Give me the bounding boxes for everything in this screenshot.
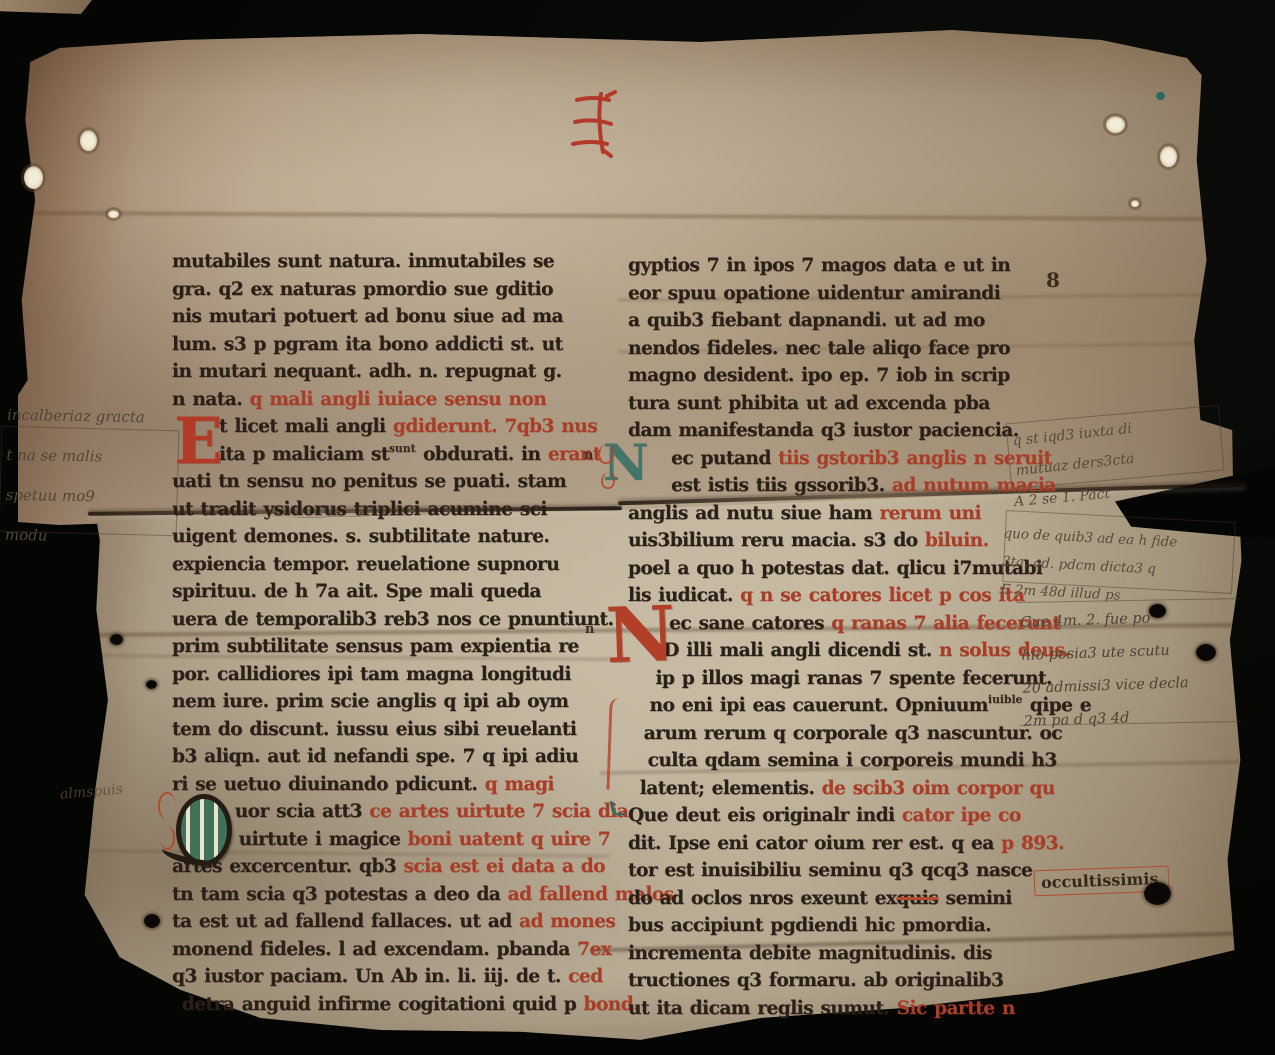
- manuscript-line: eor spuu opatione uidentur amirandi: [628, 280, 1049, 308]
- manuscript-line: anglis ad nutu siue ham rerum uni: [628, 500, 1049, 528]
- manuscript-line: monend fideles. l ad excendam. pbanda 7e…: [172, 936, 619, 964]
- text-segment: a quib3 fiebant dapnandi. ut ad mo: [628, 309, 985, 331]
- text-segment: rerum uni: [879, 502, 981, 524]
- text-segment: ec sane catores: [669, 612, 831, 634]
- manuscript-line: uis3bilium reru macia. s3 do biluin.: [628, 527, 1049, 555]
- text-segment: p 893.: [1001, 832, 1064, 854]
- margin-note-right-seam: quo de quib3 ad ea h fide3ta. qd. pdcm d…: [1000, 520, 1178, 613]
- red-margin-swirl: [598, 444, 614, 464]
- text-segment: gdiderunt. 7qb3 nus: [393, 415, 597, 437]
- text-segment: prim subtilitate sensus pam expientia re: [172, 635, 579, 657]
- parchment-hole: [1160, 146, 1177, 167]
- manuscript-line: culta qdam semina i corporeis mundi h3: [628, 747, 1049, 775]
- text-segment: nis mutari potuert ad bonu siue ad ma: [172, 305, 563, 327]
- manuscript-line: q3 iustor paciam. Un Ab in. li. iij. de …: [172, 963, 619, 991]
- crease-line: [28, 211, 1208, 221]
- text-segment: ce artes uirtute 7 scia dia: [369, 800, 628, 822]
- text-segment: gyptios 7 in ipos 7 magos data e ut in: [628, 254, 1010, 276]
- manuscript-line: b3 aliqn. aut id nefandi spe. 7 q ipi ad…: [172, 743, 619, 771]
- text-segment: D illi mali angli dicendi st.: [663, 639, 939, 661]
- manuscript-line: latent; elementis. de scib3 oim corpor q…: [628, 775, 1049, 803]
- red-penwork-flourish: [158, 792, 176, 820]
- text-segment: nem iure. prim scie anglis q ipi ab oym: [172, 690, 568, 712]
- folio-number: 8: [1046, 268, 1060, 292]
- text-segment: scia est ei data a do: [404, 855, 605, 877]
- text-segment: est istis tiis gssorib3.: [671, 474, 892, 496]
- red-margin-bracket: [606, 698, 624, 790]
- margin-note-line: spetuu mo9: [5, 475, 143, 517]
- text-segment: Que deut eis originalr indi: [628, 804, 902, 826]
- manuscript-line: no eni ipi eas cauerunt. Opniuumiuible q…: [628, 692, 1049, 720]
- text-segment: uor scia att3: [235, 800, 370, 822]
- manuscript-line: por. callidiores ipi tam magna longitudi: [172, 661, 619, 689]
- manuscript-line: in mutari nequant. adh. n. repugnat g.: [172, 358, 619, 386]
- manuscript-line: t licet mali angli gdiderunt. 7qb3 nus: [172, 413, 619, 441]
- text-segment: mutabiles sunt natura. inmutabiles se: [172, 250, 554, 272]
- manuscript-line: ec putand tiis gstorib3 anglis n seruit: [628, 445, 1049, 473]
- text-segment: incrementa debite magnitudinis. dis: [628, 942, 992, 964]
- manuscript-line: uigent demones. s. subtilitate nature.: [172, 523, 619, 551]
- manuscript-line: ri se uetuo diuinando pdicunt. q magi: [172, 771, 619, 799]
- text-segment: sunt: [389, 442, 416, 455]
- text-segment: cator ipe co: [902, 804, 1021, 826]
- text-segment: 7ex: [577, 938, 611, 960]
- red-margin-swirl: [601, 472, 615, 489]
- manuscript-line: uirtute i magice boni uatent q uire 7: [172, 826, 619, 854]
- parchment-hole: [1149, 604, 1166, 618]
- text-segment: tn tam scia q3 potestas a deo da: [172, 883, 508, 905]
- manuscript-line: nem iure. prim scie anglis q ipi ab oym: [172, 688, 619, 716]
- text-segment: obdurati. in: [416, 443, 548, 465]
- margin-note-line: incalberiaz gracta: [7, 395, 145, 437]
- text-segment: ta est ut ad fallend fallaces. ut ad: [172, 910, 519, 932]
- manuscript-line: gra. q2 ex naturas pmordio sue gditio: [172, 276, 619, 304]
- text-segment: ip p illos magi ranas 7 spente fecerunt.: [655, 667, 1052, 689]
- text-segment: Sic partte n: [897, 997, 1015, 1019]
- text-segment: uati tn sensu no penitus se puati. stam: [172, 470, 566, 492]
- parchment-sliver: [0, 0, 92, 14]
- manuscript-photograph: mutabiles sunt natura. inmutabiles segra…: [0, 0, 1275, 1055]
- text-segment: tura sunt phibita ut ad excenda pba: [628, 392, 990, 414]
- margin-note-line: 20 admissi3 vice decla: [1022, 667, 1189, 706]
- text-segment: detra anguid infirme cogitationi quid p: [182, 993, 584, 1015]
- manuscript-line: tructiones q3 formaru. ab originalib3: [628, 967, 1049, 995]
- manuscript-line: a quib3 fiebant dapnandi. ut ad mo: [628, 307, 1049, 335]
- parchment-hole: [1144, 882, 1171, 905]
- manuscript-line: do ad oclos nros exeunt exquis semini: [628, 885, 1049, 913]
- text-column-right: gyptios 7 in ipos 7 magos data e ut ineo…: [628, 252, 1058, 1022]
- text-segment: tiis gstorib3 anglis n seruit: [778, 447, 1052, 469]
- text-segment: tructiones q3 formaru. ab originalib3: [628, 969, 1003, 991]
- manuscript-line: magno desident. ipo ep. 7 iob in scrip: [628, 362, 1049, 390]
- margin-note-right-top: q st iqd3 iuxta dimutuaz ders3cta: [1011, 414, 1136, 486]
- text-segment: uigent demones. s. subtilitate nature.: [172, 525, 549, 547]
- text-segment: ced: [568, 965, 602, 987]
- manuscript-line: tn tam scia q3 potestas a deo da ad fall…: [172, 881, 619, 909]
- manuscript-line: est istis tiis gssorib3. ad nutum macia: [628, 472, 1049, 500]
- text-segment: ad mones: [519, 910, 615, 932]
- text-segment: q n se catores licet p cos ita: [740, 584, 1024, 606]
- text-segment: t licet mali angli: [219, 415, 393, 437]
- parchment-hole: [108, 210, 119, 218]
- text-segment: uirtute i magice: [239, 828, 408, 850]
- manuscript-line: ip p illos magi ranas 7 spente fecerunt.: [628, 665, 1049, 693]
- text-segment: quis: [896, 887, 938, 909]
- text-segment: eor spuu opatione uidentur amirandi: [628, 282, 1000, 304]
- manuscript-line: ut ita dicam reglis sumut. Sic partte n: [628, 995, 1049, 1023]
- manuscript-line: ec sane catores q ranas 7 alia fecerunt: [628, 610, 1049, 638]
- text-segment: ut tradit ysidorus triplici acumine sci: [172, 498, 547, 520]
- text-segment: b3 aliqn. aut id nefandi spe. 7 q ipi ad…: [172, 745, 578, 767]
- manuscript-line: mutabiles sunt natura. inmutabiles se: [172, 248, 619, 276]
- manuscript-line: nendos fideles. nec tale aliqo face pro: [628, 335, 1049, 363]
- margin-note-line: modu: [5, 515, 143, 557]
- quire-mark-icon: [563, 86, 621, 158]
- text-segment: in mutari nequant. adh. n. repugnat g.: [172, 360, 561, 382]
- parchment-hole: [110, 634, 123, 645]
- parchment-hole: [1106, 116, 1125, 133]
- text-segment: ec putand: [671, 447, 778, 469]
- margin-correction-mark: n: [585, 622, 594, 637]
- text-segment: q magi: [485, 773, 554, 795]
- margin-note-left-top: incalberiaz gractat na se malisspetuu mo…: [5, 395, 146, 557]
- text-segment: latent; elementis.: [640, 777, 822, 799]
- text-segment: dit. Ipse eni cator oium rer est. q ea: [628, 832, 1001, 854]
- text-segment: no eni ipi eas cauerunt. Opniuum: [650, 694, 988, 716]
- manuscript-line: uera de temporalib3 reb3 nos ce pnuntiun…: [172, 606, 619, 634]
- text-segment: uis3bilium reru macia. s3 do: [628, 529, 925, 551]
- text-segment: gra. q2 ex naturas pmordio sue gditio: [172, 278, 553, 300]
- text-segment: biluin.: [925, 529, 989, 551]
- margin-note-line: 2m pa d q3 4d: [1023, 700, 1190, 739]
- manuscript-line: tem do discunt. iussu eius sibi reuelant…: [172, 716, 619, 744]
- text-segment: arum rerum q corporale q3 nascuntur. oc: [644, 722, 1062, 744]
- manuscript-line: prim subtilitate sensus pam expientia re: [172, 633, 619, 661]
- text-segment: bus accipiunt pgdiendi hic pmordia.: [628, 914, 991, 936]
- manuscript-line: nis mutari potuert ad bonu siue ad ma: [172, 303, 619, 331]
- manuscript-line: uor scia att3 ce artes uirtute 7 scia di…: [172, 798, 619, 826]
- manuscript-line: ta est ut ad fallend fallaces. ut ad ad …: [172, 908, 619, 936]
- manuscript-line: arum rerum q corporale q3 nascuntur. oc: [628, 720, 1049, 748]
- manuscript-line: detra anguid infirme cogitationi quid p …: [172, 991, 619, 1019]
- text-segment: dam manifestanda q3 iustor paciencia.: [628, 419, 1019, 441]
- manuscript-line: artes excercentur. qb3 scia est ei data …: [172, 853, 619, 881]
- teal-speck: [1156, 92, 1165, 100]
- parchment-hole: [144, 914, 160, 928]
- text-segment: spirituu. de h 7a ait. Spe mali queda: [172, 580, 541, 602]
- text-segment: boni uatent q uire 7: [408, 828, 611, 850]
- manuscript-line: ita p maliciam stsunt obdurati. in erant: [172, 441, 619, 469]
- manuscript-line: D illi mali angli dicendi st. n solus de…: [628, 637, 1049, 665]
- text-segment: ut ita dicam reglis sumut.: [628, 997, 897, 1019]
- manuscript-line: ut tradit ysidorus triplici acumine sci: [172, 496, 619, 524]
- text-segment: tor est inuisibiliu seminu q3 qcq3 nasce: [628, 859, 1032, 881]
- text-segment: iuible: [988, 693, 1023, 706]
- text-segment: magno desident. ipo ep. 7 iob in scrip: [628, 364, 1010, 386]
- manuscript-line: lis iudicat. q n se catores licet p cos …: [628, 582, 1049, 610]
- parchment-hole: [24, 166, 43, 189]
- parchment-hole: [1131, 200, 1139, 207]
- text-segment: uera de temporalib3 reb3 nos ce pnuntiun…: [172, 608, 613, 630]
- manuscript-line: tor est inuisibiliu seminu q3 qcq3 nasce: [628, 857, 1049, 885]
- text-segment: poel a quo h potestas dat. qlicu i7mutab…: [628, 557, 1042, 579]
- text-segment: semini: [938, 887, 1012, 909]
- manuscript-line: bus accipiunt pgdiendi hic pmordia.: [628, 912, 1049, 940]
- text-column-left: mutabiles sunt natura. inmutabiles segra…: [172, 248, 628, 1018]
- margin-note-line: t na se malis: [6, 435, 144, 477]
- decorated-initial-E: E: [174, 414, 223, 470]
- manuscript-line: uati tn sensu no penitus se puati. stam: [172, 468, 619, 496]
- parchment-hole: [1196, 644, 1216, 661]
- manuscript-line: spirituu. de h 7a ait. Spe mali queda: [172, 578, 619, 606]
- text-segment: anglis ad nutu siue ham: [628, 502, 879, 524]
- parchment-hole: [80, 130, 97, 151]
- margin-note-right-mid: Cue 4m. 2. fue pohio posia3 ute scutu20 …: [1020, 601, 1191, 739]
- parchment-hole: [146, 680, 157, 689]
- manuscript-line: n nata. q mali angli iuiace sensu non: [172, 386, 619, 414]
- text-segment: expiencia tempor. reuelatione supnoru: [172, 553, 559, 575]
- text-segment: q mali angli iuiace sensu non: [249, 388, 546, 410]
- text-segment: do ad oclos nros exeunt ex: [628, 887, 896, 909]
- manuscript-line: dam manifestanda q3 iustor paciencia.: [628, 417, 1049, 445]
- margin-correction-mark: n: [584, 448, 593, 463]
- manuscript-line: expiencia tempor. reuelatione supnoru: [172, 551, 619, 579]
- decorated-initial-N-red: N: [605, 599, 677, 671]
- manuscript-line: lum. s3 p pgram ita bono addicti st. ut: [172, 331, 619, 359]
- decorated-initial-Q: [158, 792, 236, 878]
- manuscript-line: dit. Ipse eni cator oium rer est. q ea p…: [628, 830, 1049, 858]
- manuscript-line: gyptios 7 in ipos 7 magos data e ut in: [628, 252, 1049, 280]
- text-segment: nendos fideles. nec tale aliqo face pro: [628, 337, 1010, 359]
- manuscript-line: Que deut eis originalr indi cator ipe co: [628, 802, 1049, 830]
- manuscript-line: tura sunt phibita ut ad excenda pba: [628, 390, 1049, 418]
- text-segment: culta qdam semina i corporeis mundi h3: [648, 749, 1057, 771]
- text-segment: por. callidiores ipi tam magna longitudi: [172, 663, 571, 685]
- text-segment: q3 iustor paciam. Un Ab in. li. iij. de …: [172, 965, 568, 987]
- manuscript-line: poel a quo h potestas dat. qlicu i7mutab…: [628, 555, 1049, 583]
- text-segment: ita p maliciam st: [219, 443, 389, 465]
- text-segment: de scib3 oim corpor qu: [822, 777, 1055, 799]
- text-segment: tem do discunt. iussu eius sibi reuelant…: [172, 718, 576, 740]
- manuscript-line: incrementa debite magnitudinis. dis: [628, 940, 1049, 968]
- text-segment: lum. s3 p pgram ita bono addicti st. ut: [172, 333, 563, 355]
- text-segment: monend fideles. l ad excendam. pbanda: [172, 938, 577, 960]
